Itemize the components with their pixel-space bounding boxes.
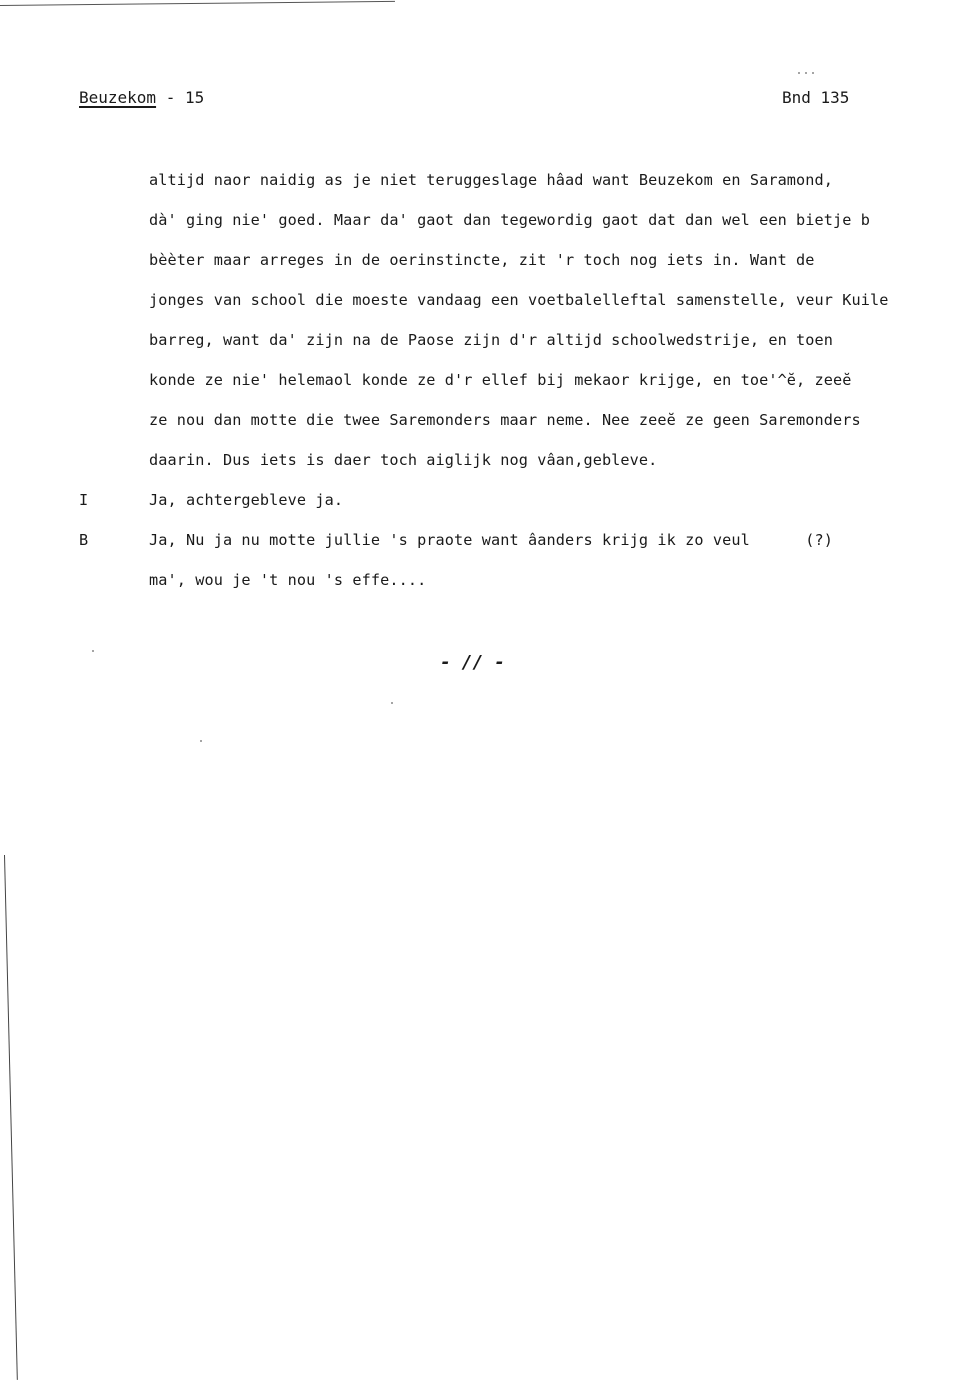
scan-edge-line-top [0, 1, 395, 6]
page-number: - 15 [156, 88, 204, 107]
scan-speck [391, 702, 393, 704]
page-header-left: Beuzekom - 15 [79, 88, 204, 107]
scan-speck [200, 740, 202, 742]
end-of-section-mark: - // - [440, 652, 505, 673]
scan-speck [805, 72, 807, 74]
dialogue-line: ma', wou je 't nou 's effe.... [149, 571, 426, 589]
scan-speck [798, 72, 800, 74]
body-line: altijd naor naidig as je niet teruggesla… [149, 171, 833, 189]
dialogue-line: Ja, Nu ja nu motte jullie 's praote want… [149, 531, 833, 549]
body-line: bèèter maar arreges in de oerinstincte, … [149, 251, 815, 269]
speaker-label: B [79, 531, 88, 549]
body-line: dà' ging nie' goed. Maar da' gaot dan te… [149, 211, 870, 229]
body-line: jonges van school die moeste vandaag een… [149, 291, 889, 309]
document-title: Beuzekom [79, 88, 156, 107]
scan-edge-line-left [4, 855, 18, 1380]
speaker-label: I [79, 491, 88, 509]
body-line: barreg, want da' zijn na de Paose zijn d… [149, 331, 833, 349]
document-reference: Bnd 135 [782, 88, 849, 107]
body-line: ze nou dan motte die twee Saremonders ma… [149, 411, 861, 429]
dialogue-line: Ja, achtergebleve ja. [149, 491, 343, 509]
body-line: konde ze nie' helemaol konde ze d'r elle… [149, 371, 852, 389]
body-line: daarin. Dus iets is daer toch aiglijk no… [149, 451, 657, 469]
scan-speck [92, 650, 94, 652]
scan-speck [812, 72, 814, 74]
